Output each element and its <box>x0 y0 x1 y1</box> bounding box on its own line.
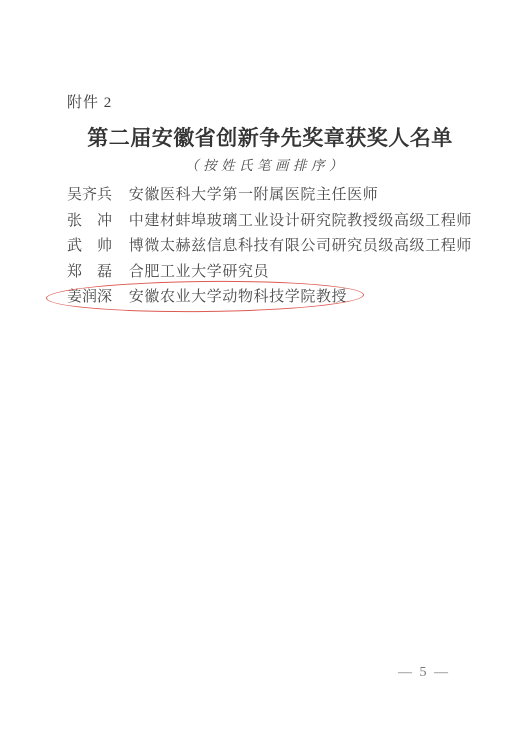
document-title: 第二届安徽省创新争先奖章获奖人名单 <box>0 122 522 152</box>
awardee-name: 郑 磊 <box>67 260 112 286</box>
scanned-document-page: 附件 2 第二届安徽省创新争先奖章获奖人名单 （按姓氏笔画排序） 吴齐兵 安徽医… <box>0 0 522 742</box>
page-number: — 5 — <box>398 665 450 681</box>
awardee-row: 吴齐兵 安徽医科大学第一附属医院主任医师 <box>67 183 472 209</box>
awardee-affiliation: 中建材蚌埠玻璃工业设计研究院教授级高级工程师 <box>129 209 472 235</box>
awardee-affiliation: 安徽农业大学动物科技学院教授 <box>129 285 347 311</box>
awardee-name: 姜润深 <box>67 285 112 311</box>
awardee-name: 张 冲 <box>67 209 112 235</box>
awardee-name: 吴齐兵 <box>67 183 112 209</box>
awardee-affiliation: 安徽医科大学第一附属医院主任医师 <box>129 183 379 209</box>
awardee-row-highlighted: 姜润深 安徽农业大学动物科技学院教授 <box>67 285 472 311</box>
document-subtitle: （按姓氏笔画排序） <box>0 154 522 174</box>
awardee-affiliation: 合肥工业大学研究员 <box>129 260 269 286</box>
awardee-list: 吴齐兵 安徽医科大学第一附属医院主任医师 张 冲 中建材蚌埠玻璃工业设计研究院教… <box>67 183 472 311</box>
awardee-row: 张 冲 中建材蚌埠玻璃工业设计研究院教授级高级工程师 <box>67 209 472 235</box>
attachment-label: 附件 2 <box>67 91 112 112</box>
awardee-affiliation: 博微太赫兹信息科技有限公司研究员级高级工程师 <box>129 234 472 260</box>
awardee-row: 郑 磊 合肥工业大学研究员 <box>67 260 472 286</box>
awardee-row: 武 帅 博微太赫兹信息科技有限公司研究员级高级工程师 <box>67 234 472 260</box>
awardee-name: 武 帅 <box>67 234 112 260</box>
